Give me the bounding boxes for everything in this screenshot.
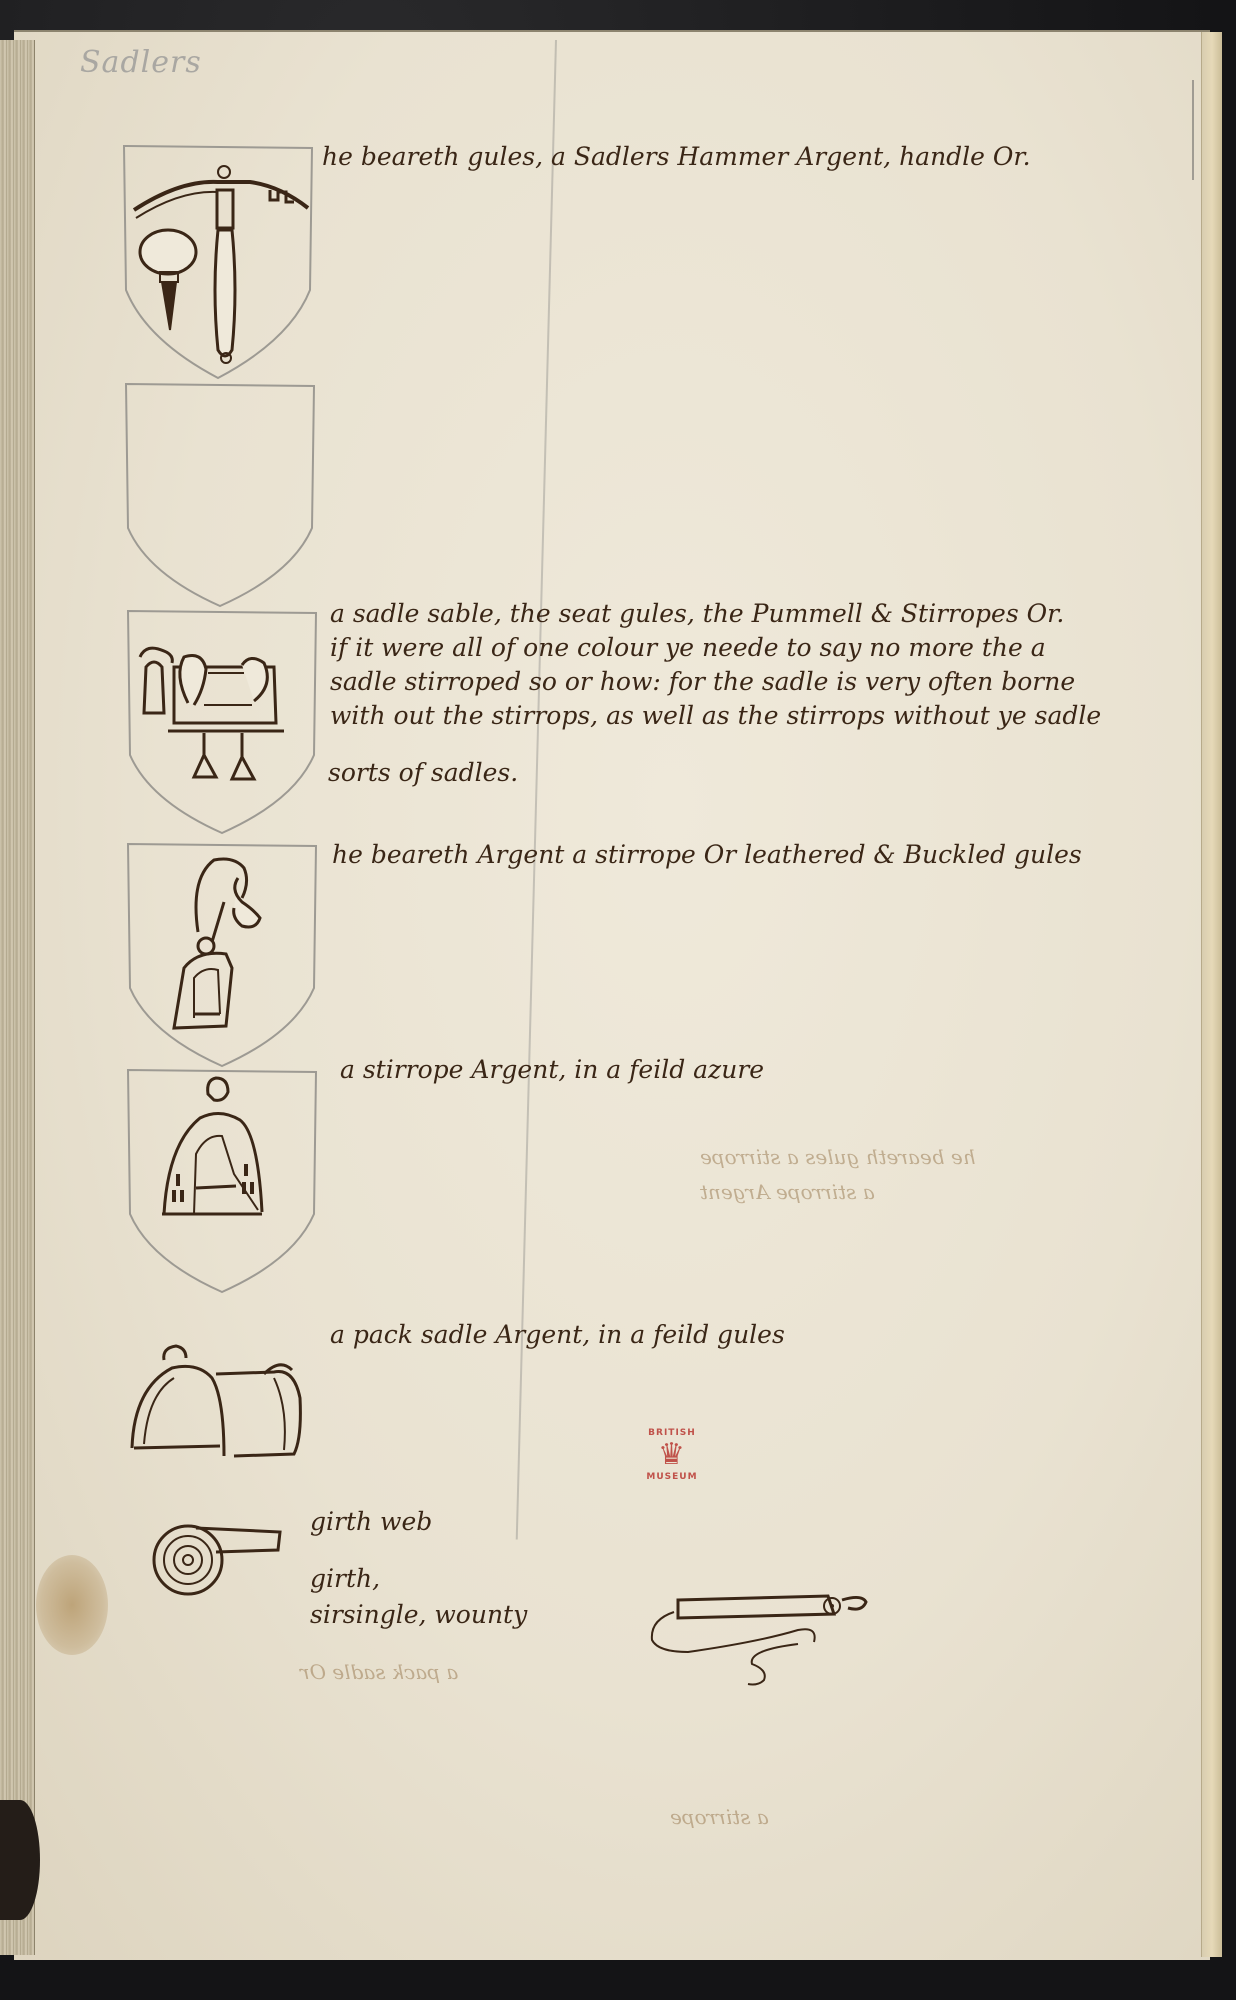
pencil-heading: Sadlers xyxy=(80,45,202,80)
entry-saddle-line-4: with out the stirrops, as well as the st… xyxy=(330,699,1101,733)
british-museum-stamp: BRITISH ♛ MUSEUM xyxy=(636,1428,708,1508)
page-edge-right xyxy=(1201,32,1222,1957)
water-stain xyxy=(36,1555,108,1655)
page-stack-edge-left xyxy=(0,40,35,1955)
bleed-through-text: he beareth gules a stirrope xyxy=(700,1145,976,1169)
shield-stirrup-with-leather xyxy=(124,838,320,1070)
shield-blank xyxy=(122,378,318,610)
margin-mark xyxy=(1192,80,1194,180)
entry-hammer-text: he beareth gules, a Sadlers Hammer Argen… xyxy=(322,140,1031,174)
girth-web-roll-drawing xyxy=(150,1520,290,1600)
shield-saddlers-hammer-and-awl xyxy=(120,140,316,380)
stamp-bottom-text: MUSEUM xyxy=(636,1472,708,1482)
bleed-through-text: a pack sadle Or xyxy=(300,1660,458,1684)
bleed-through-text: a stirrope xyxy=(670,1805,769,1829)
scan-bottom-edge xyxy=(0,1960,1236,2000)
entry-stirrup-text: a stirrope Argent, in a feild azure xyxy=(340,1053,764,1087)
binding-corner xyxy=(0,1800,40,1920)
girth-strap-drawing xyxy=(648,1590,904,1690)
entry-girth-line-2: girth, xyxy=(310,1562,380,1596)
entry-saddle-line-5: sorts of sadles. xyxy=(328,756,518,790)
shield-saddle-with-stirrups xyxy=(124,605,320,837)
entry-girth-line-3: sirsingle, wounty xyxy=(310,1598,527,1632)
shield-stirrup xyxy=(124,1064,320,1296)
pack-saddle-drawing xyxy=(124,1338,304,1458)
entry-saddle-line-3: sadle stirroped so or how: for the sadle… xyxy=(330,665,1075,699)
entry-girth-line-1: girth web xyxy=(310,1505,432,1539)
bleed-through-text: a stirrope Argent xyxy=(700,1180,875,1204)
entry-stirrup-leathered-text: he beareth Argent a stirrope Or leathere… xyxy=(332,838,1082,872)
crown-icon: ♛ xyxy=(636,1438,708,1472)
entry-saddle-line-1: a sadle sable, the seat gules, the Pumme… xyxy=(330,597,1064,631)
entry-pack-saddle-text: a pack sadle Argent, in a feild gules xyxy=(330,1318,785,1352)
entry-saddle-line-2: if it were all of one colour ye neede to… xyxy=(330,631,1046,665)
